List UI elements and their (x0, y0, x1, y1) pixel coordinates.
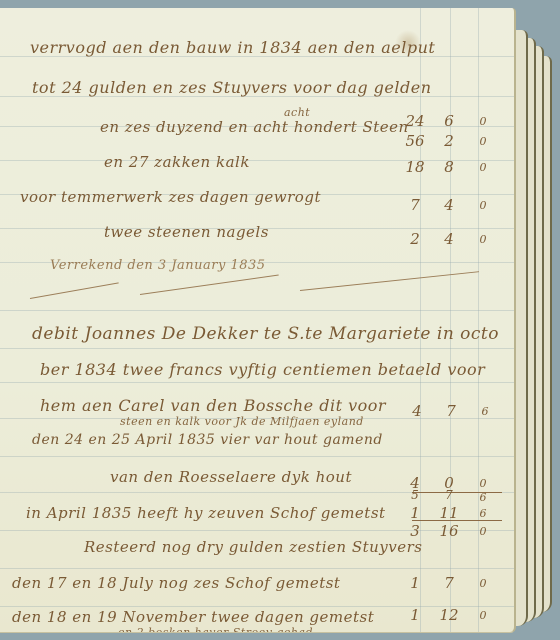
ledger-page: verrvogd aen den bauw in 1834 aen den ae… (0, 8, 516, 633)
entry-line: debit Joannes De Dekker te S.te Margarie… (32, 324, 499, 344)
insertion-note: acht (284, 106, 310, 119)
amount-row: 170 (402, 574, 502, 594)
amount-row: 2460 (402, 112, 502, 132)
entry-line: den 18 en 19 November twee dagen gemetst (12, 608, 374, 626)
entry-line: hem aen Carel van den Bossche dit voor (40, 396, 386, 415)
entry-line: ber 1834 twee francs vyftig centiemen be… (40, 360, 485, 379)
remaining-note: Resteerd nog dry gulden zestien Stuyvers (84, 538, 423, 556)
amount-row: 1880 (402, 158, 502, 178)
amount-row: 476 (404, 402, 504, 422)
insertion-note: en 2 bosken haver Stroey gehad (118, 626, 313, 633)
entry-line: en zes duyzend en acht hondert Steen (100, 118, 409, 136)
amount-total: 3160 (402, 522, 502, 542)
entry-line: den 24 en 25 April 1835 vier var hout ga… (32, 432, 383, 448)
amount-row: 5620 (402, 132, 502, 152)
entry-line: twee steenen nagels (104, 223, 269, 241)
entry-line: voor temmerwerk zes dagen gewrogt (20, 188, 321, 206)
entry-line: verrvogd aen den bauw in 1834 aen den ae… (30, 38, 435, 57)
entry-line: van den Roesselaere dyk hout (110, 468, 352, 486)
entry-line: tot 24 gulden en zes Stuyvers voor dag g… (32, 78, 432, 97)
settled-note: Verrekend den 3 January 1835 (50, 258, 266, 273)
amount-row: 240 (402, 230, 502, 250)
amount-row: 1120 (402, 606, 502, 626)
entry-line: den 17 en 18 July nog zes Schof gemetst (12, 574, 340, 592)
entry-line: in April 1835 heeft hy zeuven Schof geme… (26, 504, 386, 522)
insertion-note: steen en kalk voor Jk de Milfjaen eyland (120, 415, 364, 428)
amount-row: 1116 (402, 504, 502, 524)
entry-line: en 27 zakken kalk (104, 153, 250, 171)
amount-row: 740 (402, 196, 502, 216)
